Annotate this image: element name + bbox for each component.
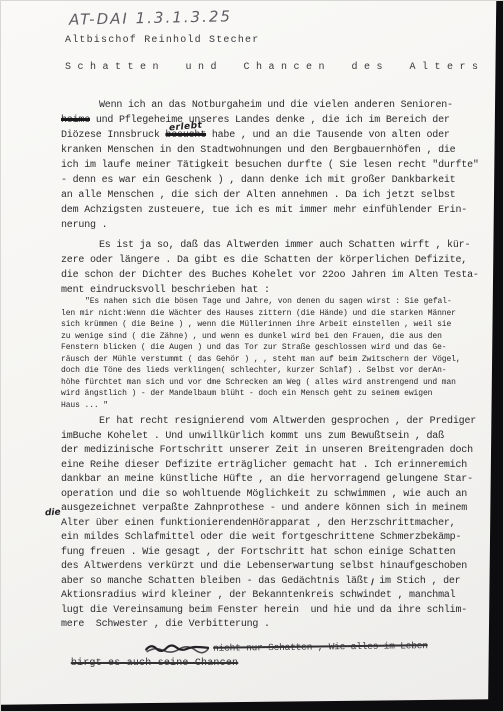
text-line: Fenstern blicken ( die Augen ) und das T… [61,342,481,354]
text-line: heime und Pflegeheime unseres Landes den… [61,113,481,128]
text-line: - denn es war ein Geschenk ) , dann denk… [61,173,481,188]
text-line: dankbar an meine künstliche Hüfte , an d… [61,473,481,488]
handwritten-margin-insertion: die [45,508,61,519]
text-line: sich krümmen ( die Beine ) , wenn die Mü… [61,319,481,331]
text-line: dem Achzigsten zusteuere, tue ich es mit… [61,203,481,218]
text-line: nerung . [61,218,481,233]
text-line: lugt die Vereinsamung beim Fenster herei… [61,604,481,619]
paragraph-1: Wenn ich an das Notburgaheim und die vie… [61,98,481,233]
text-line: Wenn ich an das Notburgaheim und die vie… [61,98,481,113]
struck-word: heime [61,115,90,126]
text-line: Haus ... " [61,400,481,412]
text-line: ich im laufe meiner Tätigkeit besuchen d… [61,158,481,173]
text-line: ein mildes Schlafmittel oder die weit fo… [61,531,481,546]
text-segment: Diözese Innsbruck [61,130,165,141]
document-title: Schatten und Chancen des Alters [65,62,485,73]
text-line: eine Reihe dieser Defizite erträglicher … [61,459,481,474]
text-line: len mir nicht:Wenn die Wächter des Hause… [61,308,481,320]
text-line: Es ist ja so, daß das Altwerden immer au… [61,238,481,253]
text-line: an alle Menschen , die sich der Alten an… [61,188,481,203]
crossed-out-last-line: birgt es auch seine Chancen [46,647,238,680]
text-line: zere oder längere . Da gibt es die Schat… [61,253,481,268]
author-line: Altbischof Reinhold Stecher [65,35,259,46]
text-line: kranken Menschen in den Stadtwohnungen u… [61,143,481,158]
handwritten-insertion: erlebt [168,119,203,137]
text-line: des Altwerdens verkürzt und die Lebenser… [61,560,481,575]
archive-code-handwritten: AT-DAI 1.3.1.3.25 [69,7,232,28]
text-line: wird ängstlich ) - der Mandelbaum blüht … [61,388,481,400]
scanned-page: AT-DAI 1.3.1.3.25 Altbischof Reinhold St… [0,0,504,712]
text-line: ausgezeichnet verpaßte Zahnprothese - un… [61,502,481,517]
scan-edge-right [488,1,503,712]
text-segment: habe , und an die Tausende von alten ode… [206,130,450,141]
paragraph-3: Er hat recht resignierend vom Altwerden … [61,415,481,633]
text-line: Er hat recht resignierend vom Altwerden … [61,415,481,430]
quotation-block: "Es nahen sich die bösen Tage und Jahre,… [61,296,481,411]
text-line: Diözese Innsbruck besuchterlebt habe , u… [61,128,481,143]
text-segment: im Stich , der [373,576,460,587]
text-line: imBuche Kohelet . Und unwillkürlich komm… [61,430,481,445]
text-line: zu wenige sind ( die Zähne) , und wenn e… [61,331,481,343]
text-line: die schon der Dichter des Buches Kohelet… [61,268,481,283]
text-line: Aktionsradius wird kleiner , der Bekannt… [61,589,481,604]
text-line: höhe fürchtet man sich und vor dme Schre… [61,377,481,389]
text-segment: aber so manche Schatten bleiben - das Ge… [61,576,368,587]
struck-text: nicht nur Schatten , Wie alles im Leben [213,640,428,654]
crossed-out-line: nicht nur Schatten , Wie alles im Leben [123,628,428,646]
text-line: der medizinische Fortschritt unserer Zei… [61,444,481,459]
struck-text: birgt es auch seine Chancen [71,658,238,669]
text-line: Alter über einen funktionierendenHörappa… [61,517,481,532]
text-segment: und Pflegeheime unseres Landes denke , d… [90,115,450,126]
text-line: aber so manche Schatten bleiben - das Ge… [61,575,481,590]
text-line: räusch der Mühle verstummt ( das Gehör )… [61,354,481,366]
text-line: fung freuen . Wie gesagt , der Fortschri… [61,546,481,561]
scan-edge-bottom [1,697,503,711]
text-line: doch die Töne des lieds verklingen( schl… [61,365,481,377]
paragraph-2: Es ist ja so, daß das Altwerden immer au… [61,238,481,298]
text-line: operation und die so wohltuende Möglichk… [61,488,481,503]
text-line: "Es nahen sich die bösen Tage und Jahre,… [61,296,481,308]
